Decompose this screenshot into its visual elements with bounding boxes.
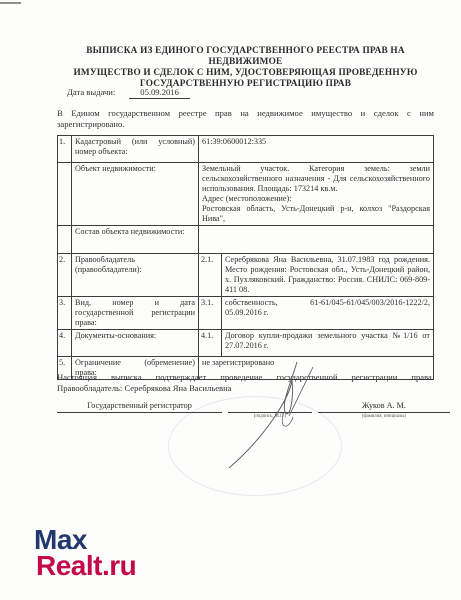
row-value: Договор купли-продажи земельного участка… bbox=[222, 330, 433, 356]
row-number bbox=[58, 163, 71, 225]
intro-line-2: зарегистрировано. bbox=[57, 119, 434, 130]
title-line-1: ВЫПИСКА ИЗ ЕДИНОГО ГОСУДАРСТВЕННОГО РЕЕС… bbox=[57, 46, 434, 68]
registry-table: 1. Кадастровый (или условный) номер объе… bbox=[57, 135, 434, 380]
registration-number: 61-61/045-61/045/003/2016-1222/2, bbox=[310, 298, 430, 308]
row-subnumber: 3.1. bbox=[199, 297, 222, 329]
table-row-cadastral-number: 1. Кадастровый (или условный) номер объе… bbox=[58, 136, 433, 162]
scanned-document-page: ВЫПИСКА ИЗ ЕДИНОГО ГОСУДАРСТВЕННОГО РЕЕС… bbox=[0, 0, 461, 600]
row-value bbox=[199, 226, 433, 253]
row-subnumber: 2.1. bbox=[199, 254, 222, 296]
issue-date-value: 05.09.2016 bbox=[129, 87, 190, 99]
table-row-registration-record: 3. Вид, номер и дата государственной рег… bbox=[58, 296, 433, 329]
name-caption: (фамилия, инициалы) bbox=[318, 414, 450, 419]
table-row-rightsholder: 2. Правообладатель (правообладатели): 2.… bbox=[58, 253, 433, 296]
row-value: 61:39:0600012:335 bbox=[199, 136, 433, 162]
row-subnumber: 4.1. bbox=[199, 330, 222, 356]
confirmation-text: Настоящая выписка подтверждает проведени… bbox=[57, 372, 434, 383]
intro-line-1: В Едином государственном реестре прав на… bbox=[57, 108, 434, 119]
row-label: Документы-основания: bbox=[71, 330, 199, 356]
registrar-name: Жуков А. М. bbox=[318, 401, 450, 413]
issue-date-label: Дата выдачи: bbox=[67, 87, 115, 97]
issue-date-row: Дата выдачи:05.09.2016 bbox=[67, 87, 190, 99]
rightsholder-line: Правообладатель: Серебрякова Яна Василье… bbox=[57, 383, 434, 394]
value-line: Ростовская область, Усть-Донецкий р-н, к… bbox=[202, 204, 430, 224]
logo-line-realt: Realt.ru bbox=[36, 553, 136, 579]
table-row-object-composition: Состав объекта недвижимости: bbox=[58, 225, 433, 253]
value-line: Адрес (местоположение): bbox=[202, 194, 430, 204]
row-label: Состав объекта недвижимости: bbox=[71, 226, 199, 253]
confirmation-paragraph: Настоящая выписка подтверждает проведени… bbox=[57, 372, 434, 393]
intro-paragraph: В Едином государственном реестре прав на… bbox=[57, 108, 434, 129]
value-line: Земельный участок. Категория земель: зем… bbox=[202, 164, 430, 194]
value-line: собственность, 61-61/045-61/045/003/2016… bbox=[225, 298, 430, 308]
row-number: 3. bbox=[58, 297, 71, 329]
row-value: Земельный участок. Категория земель: зем… bbox=[199, 163, 433, 225]
row-label: Правообладатель (правообладатели): bbox=[71, 254, 199, 296]
row-number: 4. bbox=[58, 330, 71, 356]
row-number bbox=[58, 226, 71, 253]
registration-date: 05.09.2016 г. bbox=[225, 308, 430, 318]
title-line-2: ИМУЩЕСТВО И СДЕЛОК С НИМ, УДОСТОВЕРЯЮЩАЯ… bbox=[57, 68, 434, 79]
scan-artifact-mark bbox=[0, 2, 21, 4]
row-label: Объект недвижимости: bbox=[71, 163, 199, 225]
document-title: ВЫПИСКА ИЗ ЕДИНОГО ГОСУДАРСТВЕННОГО РЕЕС… bbox=[57, 46, 434, 90]
row-number: 2. bbox=[58, 254, 71, 296]
row-value: собственность, 61-61/045-61/045/003/2016… bbox=[222, 297, 433, 329]
row-value: Серебрякова Яна Васильевна, 31.07.1983 г… bbox=[222, 254, 433, 296]
table-row-basis-documents: 4. Документы-основания: 4.1. Договор куп… bbox=[58, 329, 433, 356]
signature-caption: (подпись, М.П.) bbox=[228, 412, 312, 419]
table-row-property-object: Объект недвижимости: Земельный участок. … bbox=[58, 162, 433, 225]
row-label: Вид, номер и дата государственной регист… bbox=[71, 297, 199, 329]
row-label: Кадастровый (или условный) номер объекта… bbox=[71, 136, 199, 162]
watermark-logo: Max Realt.ru bbox=[34, 527, 136, 579]
row-number: 1. bbox=[58, 136, 71, 162]
registrar-label: Государственный регистратор bbox=[57, 401, 222, 413]
right-type: собственность, bbox=[225, 298, 278, 308]
